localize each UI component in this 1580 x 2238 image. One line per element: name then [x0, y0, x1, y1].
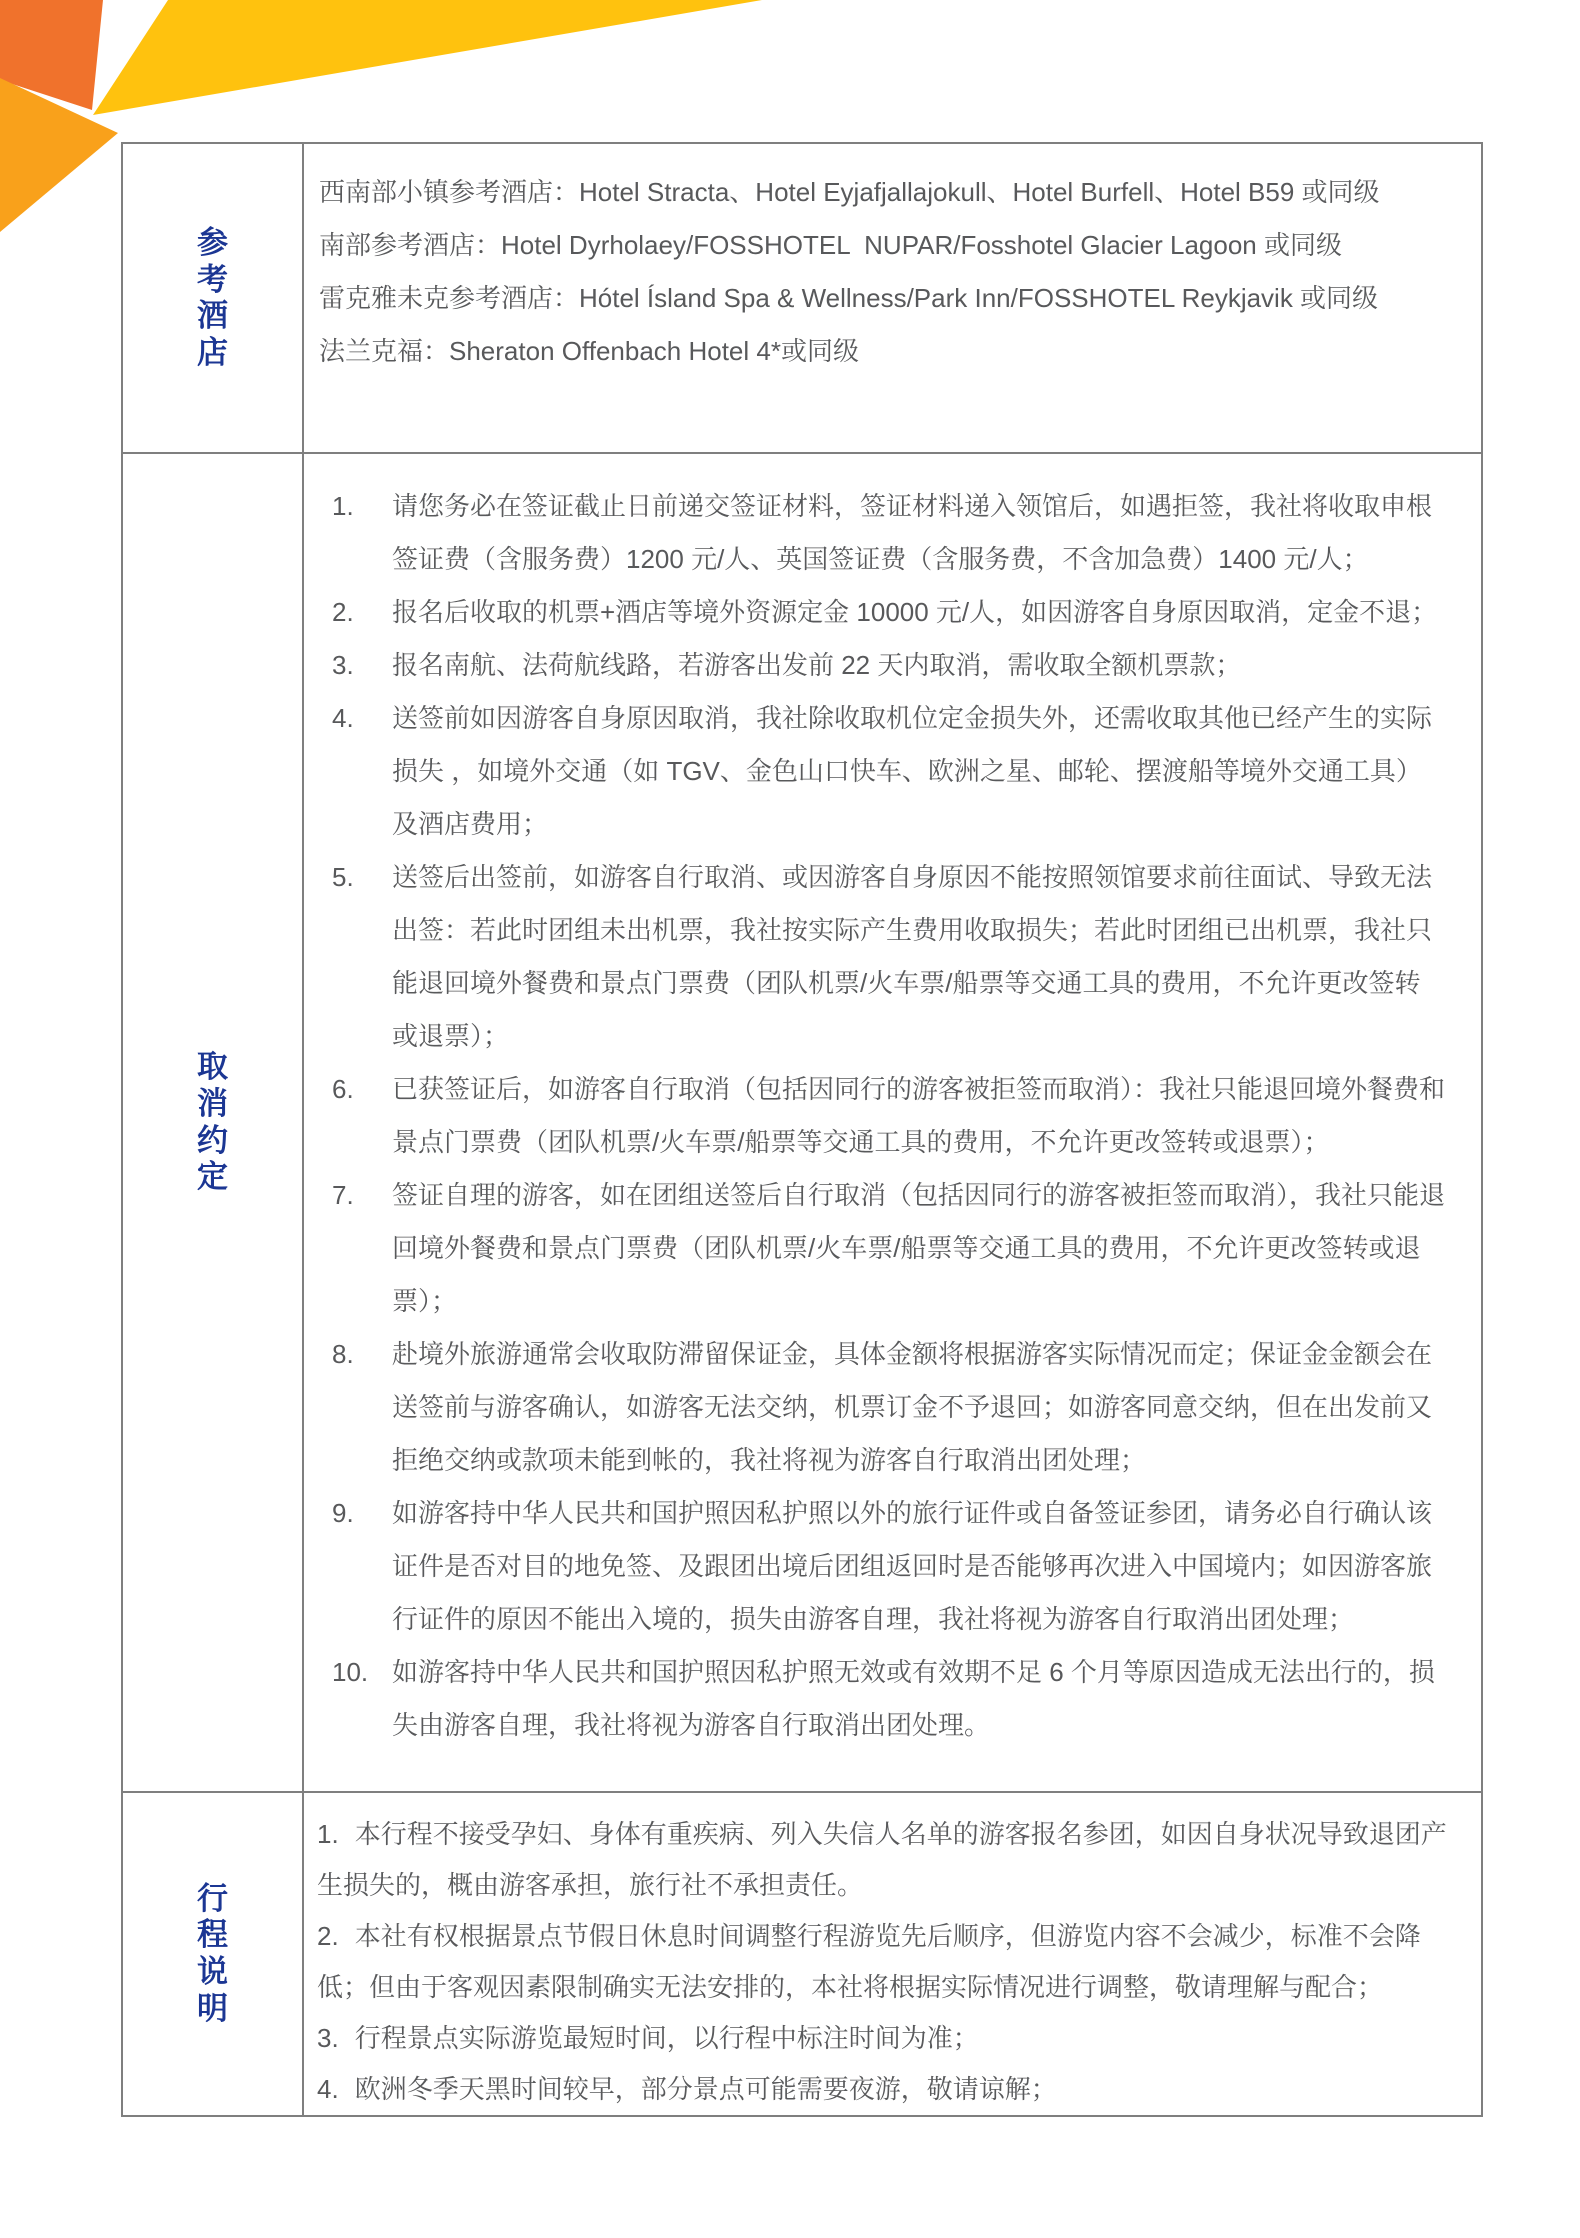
note-item-number: 3. [317, 2023, 339, 2053]
cancellation-content: 1. 请您务必在签证截止日前递交签证材料，签证材料递入领馆后，如遇拒签，我社将收… [304, 454, 1481, 1791]
note-item-number: 4. [317, 2074, 339, 2104]
list-item-text: 报名后收取的机票+酒店等境外资源定金 10000 元/人，如因游客自身原因取消，… [392, 586, 1445, 639]
list-item: 2. 报名后收取的机票+酒店等境外资源定金 10000 元/人，如因游客自身原因… [332, 586, 1445, 639]
note-item-text: 欧洲冬季天黑时间较早，部分景点可能需要夜游，敬请谅解； [355, 2074, 1057, 2104]
list-item: 8. 赴境外旅游通常会收取防滞留保证金，具体金额将根据游客实际情况而定；保证金金… [332, 1328, 1445, 1487]
table-row-notes: 行程说明 1.本行程不接受孕妇、身体有重疾病、列入失信人名单的游客报名参团，如因… [123, 1791, 1481, 2115]
row-label-hotels: 参考酒店 [197, 225, 228, 371]
list-item-number: 5. [332, 851, 392, 1063]
list-item-number: 9. [332, 1487, 392, 1646]
list-item: 1. 请您务必在签证截止日前递交签证材料，签证材料递入领馆后，如遇拒签，我社将收… [332, 480, 1445, 586]
note-item: 2.本社有权根据景点节假日休息时间调整行程游览先后顺序，但游览内容不会减少，标准… [317, 1911, 1451, 2013]
row-label-cell-hotels: 参考酒店 [123, 144, 304, 452]
deco-yellow-shape [93, 0, 762, 115]
note-item: 1.本行程不接受孕妇、身体有重疾病、列入失信人名单的游客报名参团，如因自身状况导… [317, 1809, 1451, 1911]
deco-light-orange-shape [0, 78, 118, 232]
list-item-number: 2. [332, 586, 392, 639]
list-item: 9. 如游客持中华人民共和国护照因私护照以外的旅行证件或自备签证参团，请务必自行… [332, 1487, 1445, 1646]
list-item-number: 8. [332, 1328, 392, 1487]
note-item: 3.行程景点实际游览最短时间，以行程中标注时间为准； [317, 2013, 1451, 2064]
list-item: 3. 报名南航、法荷航线路，若游客出发前 22 天内取消，需收取全额机票款； [332, 639, 1445, 692]
document-page: 参考酒店 西南部小镇参考酒店：Hotel Stracta、Hotel Eyjaf… [0, 0, 1580, 2238]
list-item-text: 如游客持中华人民共和国护照因私护照无效或有效期不足 6 个月等原因造成无法出行的… [392, 1646, 1445, 1752]
row-label-cell-cancellation: 取消约定 [123, 454, 304, 1791]
row-label-cancellation: 取消约定 [197, 1049, 228, 1195]
table-row-hotels: 参考酒店 西南部小镇参考酒店：Hotel Stracta、Hotel Eyjaf… [123, 144, 1481, 452]
notes-content: 1.本行程不接受孕妇、身体有重疾病、列入失信人名单的游客报名参团，如因自身状况导… [304, 1793, 1481, 2115]
hotel-line: 西南部小镇参考酒店：Hotel Stracta、Hotel Eyjafjalla… [319, 166, 1451, 219]
list-item-text: 送签后出签前，如游客自行取消、或因游客自身原因不能按照领馆要求前往面试、导致无法… [392, 851, 1445, 1063]
note-item-number: 2. [317, 1921, 339, 1951]
note-item: 4.欧洲冬季天黑时间较早，部分景点可能需要夜游，敬请谅解； [317, 2064, 1451, 2115]
table-row-cancellation: 取消约定 1. 请您务必在签证截止日前递交签证材料，签证材料递入领馆后，如遇拒签… [123, 452, 1481, 1791]
list-item: 6. 已获签证后，如游客自行取消（包括因同行的游客被拒签而取消）：我社只能退回境… [332, 1063, 1445, 1169]
list-item-text: 已获签证后，如游客自行取消（包括因同行的游客被拒签而取消）：我社只能退回境外餐费… [392, 1063, 1445, 1169]
note-item-number: 1. [317, 1819, 339, 1849]
list-item-text: 如游客持中华人民共和国护照因私护照以外的旅行证件或自备签证参团，请务必自行确认该… [392, 1487, 1445, 1646]
row-label-cell-notes: 行程说明 [123, 1793, 304, 2115]
list-item-number: 4. [332, 692, 392, 851]
list-item: 4. 送签前如因游客自身原因取消，我社除收取机位定金损失外，还需收取其他已经产生… [332, 692, 1445, 851]
list-item-number: 6. [332, 1063, 392, 1169]
list-item-text: 报名南航、法荷航线路，若游客出发前 22 天内取消，需收取全额机票款； [392, 639, 1445, 692]
info-table: 参考酒店 西南部小镇参考酒店：Hotel Stracta、Hotel Eyjaf… [121, 142, 1483, 2117]
list-item-text: 赴境外旅游通常会收取防滞留保证金，具体金额将根据游客实际情况而定；保证金金额会在… [392, 1328, 1445, 1487]
hotels-content: 西南部小镇参考酒店：Hotel Stracta、Hotel Eyjafjalla… [304, 144, 1481, 452]
list-item-text: 送签前如因游客自身原因取消，我社除收取机位定金损失外，还需收取其他已经产生的实际… [392, 692, 1445, 851]
note-item-text: 行程景点实际游览最短时间，以行程中标注时间为准； [355, 2023, 979, 2053]
list-item-number: 1. [332, 480, 392, 586]
list-item-number: 10. [332, 1646, 392, 1752]
row-label-notes: 行程说明 [197, 1881, 228, 2027]
list-item: 5. 送签后出签前，如游客自行取消、或因游客自身原因不能按照领馆要求前往面试、导… [332, 851, 1445, 1063]
hotel-line: 雷克雅未克参考酒店：Hótel Ísland Spa & Wellness/Pa… [319, 272, 1451, 325]
list-item: 10. 如游客持中华人民共和国护照因私护照无效或有效期不足 6 个月等原因造成无… [332, 1646, 1445, 1752]
hotel-line: 法兰克福：Sheraton Offenbach Hotel 4*或同级 [319, 325, 1451, 378]
list-item-text: 请您务必在签证截止日前递交签证材料，签证材料递入领馆后，如遇拒签，我社将收取申根… [392, 480, 1445, 586]
list-item-text: 签证自理的游客，如在团组送签后自行取消（包括因同行的游客被拒签而取消），我社只能… [392, 1169, 1445, 1328]
hotel-line: 南部参考酒店：Hotel Dyrholaey/FOSSHOTEL NUPAR/F… [319, 219, 1451, 272]
list-item: 7. 签证自理的游客，如在团组送签后自行取消（包括因同行的游客被拒签而取消），我… [332, 1169, 1445, 1328]
list-item-number: 3. [332, 639, 392, 692]
list-item-number: 7. [332, 1169, 392, 1328]
note-item-text: 本社有权根据景点节假日休息时间调整行程游览先后顺序，但游览内容不会减少，标准不会… [317, 1921, 1421, 2002]
note-item-text: 本行程不接受孕妇、身体有重疾病、列入失信人名单的游客报名参团，如因自身状况导致退… [317, 1819, 1447, 1900]
